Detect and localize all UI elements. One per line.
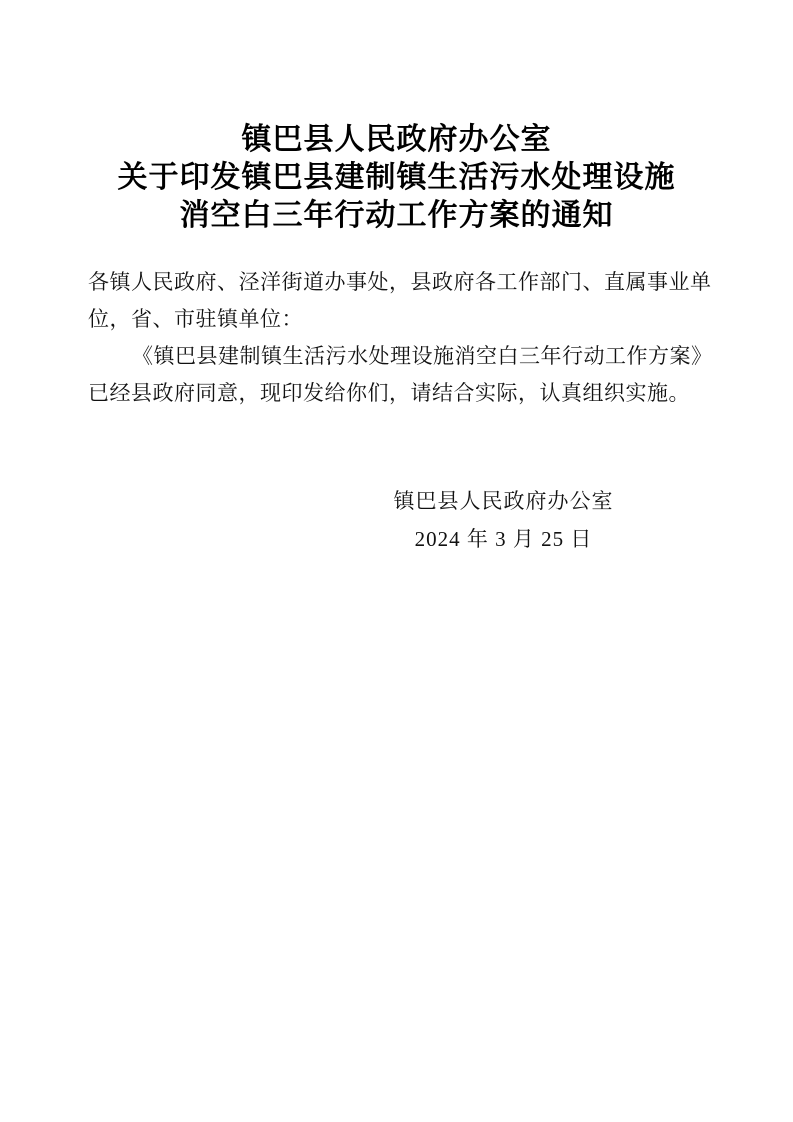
- document-title: 镇巴县人民政府办公室 关于印发镇巴县建制镇生活污水处理设施 消空白三年行动工作方…: [88, 121, 705, 235]
- body-line-3: 《镇巴县建制镇生活污水处理设施消空白三年行动工作方案》: [88, 338, 705, 375]
- document-page: 镇巴县人民政府办公室 关于印发镇巴县建制镇生活污水处理设施 消空白三年行动工作方…: [0, 0, 793, 1122]
- title-line-3: 消空白三年行动工作方案的通知: [88, 197, 705, 235]
- signature-block: 镇巴县人民政府办公室 2024 年 3 月 25 日: [302, 482, 705, 558]
- signature-org: 镇巴县人民政府办公室: [302, 482, 705, 520]
- body-line-2: 位，省、市驻镇单位：: [88, 301, 705, 338]
- document-body: 各镇人民政府、泾洋街道办事处，县政府各工作部门、直属事业单 位，省、市驻镇单位：…: [88, 264, 705, 412]
- signature-date: 2024 年 3 月 25 日: [302, 520, 705, 558]
- title-line-1: 镇巴县人民政府办公室: [88, 121, 705, 159]
- body-line-1: 各镇人民政府、泾洋街道办事处，县政府各工作部门、直属事业单: [88, 264, 705, 301]
- body-line-4: 已经县政府同意，现印发给你们，请结合实际，认真组织实施。: [88, 375, 705, 412]
- title-line-2: 关于印发镇巴县建制镇生活污水处理设施: [88, 159, 705, 197]
